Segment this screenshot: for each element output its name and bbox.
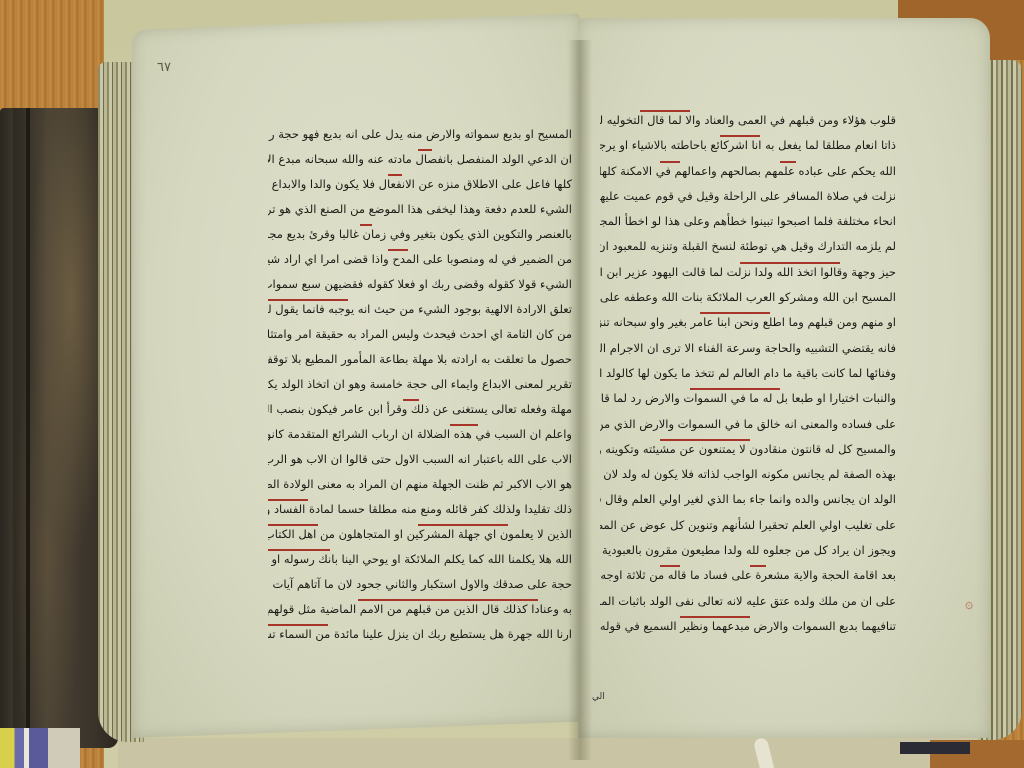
folders-under-book bbox=[0, 728, 80, 768]
rubrication-overline bbox=[750, 565, 766, 567]
manuscript-line: على تغليب اولي العلم تحقيرا لشأنهم وتنوي… bbox=[600, 513, 896, 538]
manuscript-line: بهذه الصفة لم يجانس مكونه الواجب لذاته ف… bbox=[600, 462, 896, 487]
manuscript-line: الاب على الله باعتبار انه السبب الاول حت… bbox=[268, 447, 572, 472]
manuscript-line: من كان التامة اي احدث فيحدث وليس المراد … bbox=[268, 322, 572, 347]
back-cover-edge bbox=[900, 742, 970, 754]
manuscript-line: بعد اقامة الحجة والاية مشعرة على فساد ما… bbox=[600, 563, 896, 588]
rubrication-overline bbox=[660, 161, 680, 163]
right-text-block: قلوب هؤلاء ومن قبلهم في العمى والعناد وا… bbox=[600, 108, 896, 639]
rubrication-overline bbox=[418, 524, 508, 526]
manuscript-line: على فساده والمعنى انه خالق ما في السموات… bbox=[600, 412, 896, 437]
manuscript-line: هو الاب الاكبر ثم ظنت الجهلة منهم ان الم… bbox=[268, 472, 572, 497]
manuscript-line: حصول ما تعلقت به ارادته بلا مهلة بطاعة ا… bbox=[268, 347, 572, 372]
manuscript-line: والمسيح كل له قانتون منقادون لا يمتنعون … bbox=[600, 437, 896, 462]
manuscript-line: لم يلزمه التدارك وقيل هي توطئة لنسخ القب… bbox=[600, 234, 896, 259]
manuscript-line: تقرير لمعنى الابداع وايماء الى حجة خامسة… bbox=[268, 372, 572, 397]
manuscript-line: الولد ان يجانس والده وانما جاء بما الذي … bbox=[600, 487, 896, 512]
manuscript-line: الله يحكم على عباده علمهم بصالحهم واعمال… bbox=[600, 159, 896, 184]
manuscript-line: المسيح ابن الله ومشركو العرب الملائكة بن… bbox=[600, 285, 896, 310]
manuscript-line: الشيء للعدم دفعة وهذا ليخفى هذا الموضع م… bbox=[268, 197, 572, 222]
rubrication-overline bbox=[640, 110, 690, 112]
rubrication-overline bbox=[268, 549, 330, 551]
manuscript-line: حجة على صدقك والاول استكبار والثاني جحود… bbox=[268, 572, 572, 597]
manuscript-line: كلها فاعل على الاطلاق منزه عن الانفعال ف… bbox=[268, 172, 572, 197]
manuscript-line: حيز وجهة وقالوا اتخذ الله ولدا نزلت لما … bbox=[600, 260, 896, 285]
rubrication-overline bbox=[358, 599, 538, 601]
manuscript-line: او منهم ومن قبلهم وما اطلع ونحن ابنا عام… bbox=[600, 310, 896, 335]
manuscript-line: ويجوز ان يراد كل من جعلوه لله ولدا مطيعو… bbox=[600, 538, 896, 563]
rubrication-overline bbox=[268, 299, 348, 301]
rubrication-overline bbox=[360, 224, 372, 226]
rubrication-overline bbox=[450, 424, 478, 426]
rubrication-overline bbox=[418, 149, 432, 151]
manuscript-line: به وعنادا كذلك قال الذين من قبلهم من الا… bbox=[268, 597, 572, 622]
manuscript-line: تنافيهما بديع السموات والارض مبدعهما ونظ… bbox=[600, 614, 896, 639]
manuscript-line: بالعنصر والتكوين الذي يكون بتغير وفي زما… bbox=[268, 222, 572, 247]
manuscript-line: وفنائها لما كانت باقية ما دام العالم لم … bbox=[600, 361, 896, 386]
manuscript-line: تعلق الارادة الالهية بوجود الشيء من حيث … bbox=[268, 297, 572, 322]
left-text-block: المسيح او بديع سمواته والارض منه يدل على… bbox=[268, 122, 572, 647]
rubrication-overline bbox=[268, 624, 328, 626]
manuscript-line: ارنا الله جهرة هل يستطيع ربك ان ينزل علي… bbox=[268, 622, 572, 647]
manuscript-line: من الضمير في له ومنصوبا على المدح واذا ق… bbox=[268, 247, 572, 272]
manuscript-line: ان الدعي الولد المنفصل بانفصال مادته عنه… bbox=[268, 147, 572, 172]
rubrication-overline bbox=[680, 616, 750, 618]
marginal-ornament: ۞ bbox=[965, 596, 973, 612]
rubrication-overline bbox=[700, 312, 770, 314]
manuscript-line: انحاء مختلفة فلما اصبحوا تبينوا خطأهم وع… bbox=[600, 209, 896, 234]
manuscript-line: الله هلا يكلمنا الله كما يكلم الملائكة ا… bbox=[268, 547, 572, 572]
manuscript-line: قلوب هؤلاء ومن قبلهم في العمى والعناد وا… bbox=[600, 108, 896, 133]
rubrication-overline bbox=[268, 499, 308, 501]
cover-spine-edge bbox=[26, 108, 30, 748]
manuscript-line: نزلت في صلاة المسافر على الراحلة وقيل في… bbox=[600, 184, 896, 209]
manuscript-line: فانه يقتضي التشبيه والحاجة وسرعة الفناء … bbox=[600, 336, 896, 361]
manuscript-line: ذلك تقليدا ولذلك كفر قائله ومنع منه مطلق… bbox=[268, 497, 572, 522]
manuscript-line: على ان من ملك ولده عتق عليه لانه تعالى ن… bbox=[600, 589, 896, 614]
manuscript-line: مهلة وفعله تعالى يستغنى عن ذلك وقرأ ابن … bbox=[268, 397, 572, 422]
manuscript-line: الذين لا يعلمون اي جهلة المشركين او المت… bbox=[268, 522, 572, 547]
rubrication-overline bbox=[268, 524, 318, 526]
rubrication-overline bbox=[388, 249, 408, 251]
manuscript-line: الشيء قولا كقوله وقضى ربك او فعلا كقوله … bbox=[268, 272, 572, 297]
rubrication-overline bbox=[720, 135, 760, 137]
rubrication-overline bbox=[388, 174, 402, 176]
manuscript-line: ذاتا انعام مطلقا لما يفعل به انا اشركائع… bbox=[600, 133, 896, 158]
manuscript-line: واعلم ان السبب في هذه الضلالة ان ارباب ا… bbox=[268, 422, 572, 447]
manuscript-line: والنبات اختيارا او طبعا بل له ما في السم… bbox=[600, 386, 896, 411]
catchword: الي bbox=[592, 692, 605, 702]
rubrication-overline bbox=[403, 399, 419, 401]
rubrication-overline bbox=[690, 388, 780, 390]
manuscript-line: المسيح او بديع سمواته والارض منه يدل على… bbox=[268, 122, 572, 147]
rubrication-overline bbox=[660, 565, 680, 567]
rubrication-overline bbox=[780, 161, 796, 163]
folio-number: ٦٧ bbox=[157, 60, 171, 75]
rubrication-overline bbox=[740, 262, 840, 264]
rubrication-overline bbox=[660, 439, 750, 441]
page-bottom-shadow bbox=[118, 738, 978, 768]
